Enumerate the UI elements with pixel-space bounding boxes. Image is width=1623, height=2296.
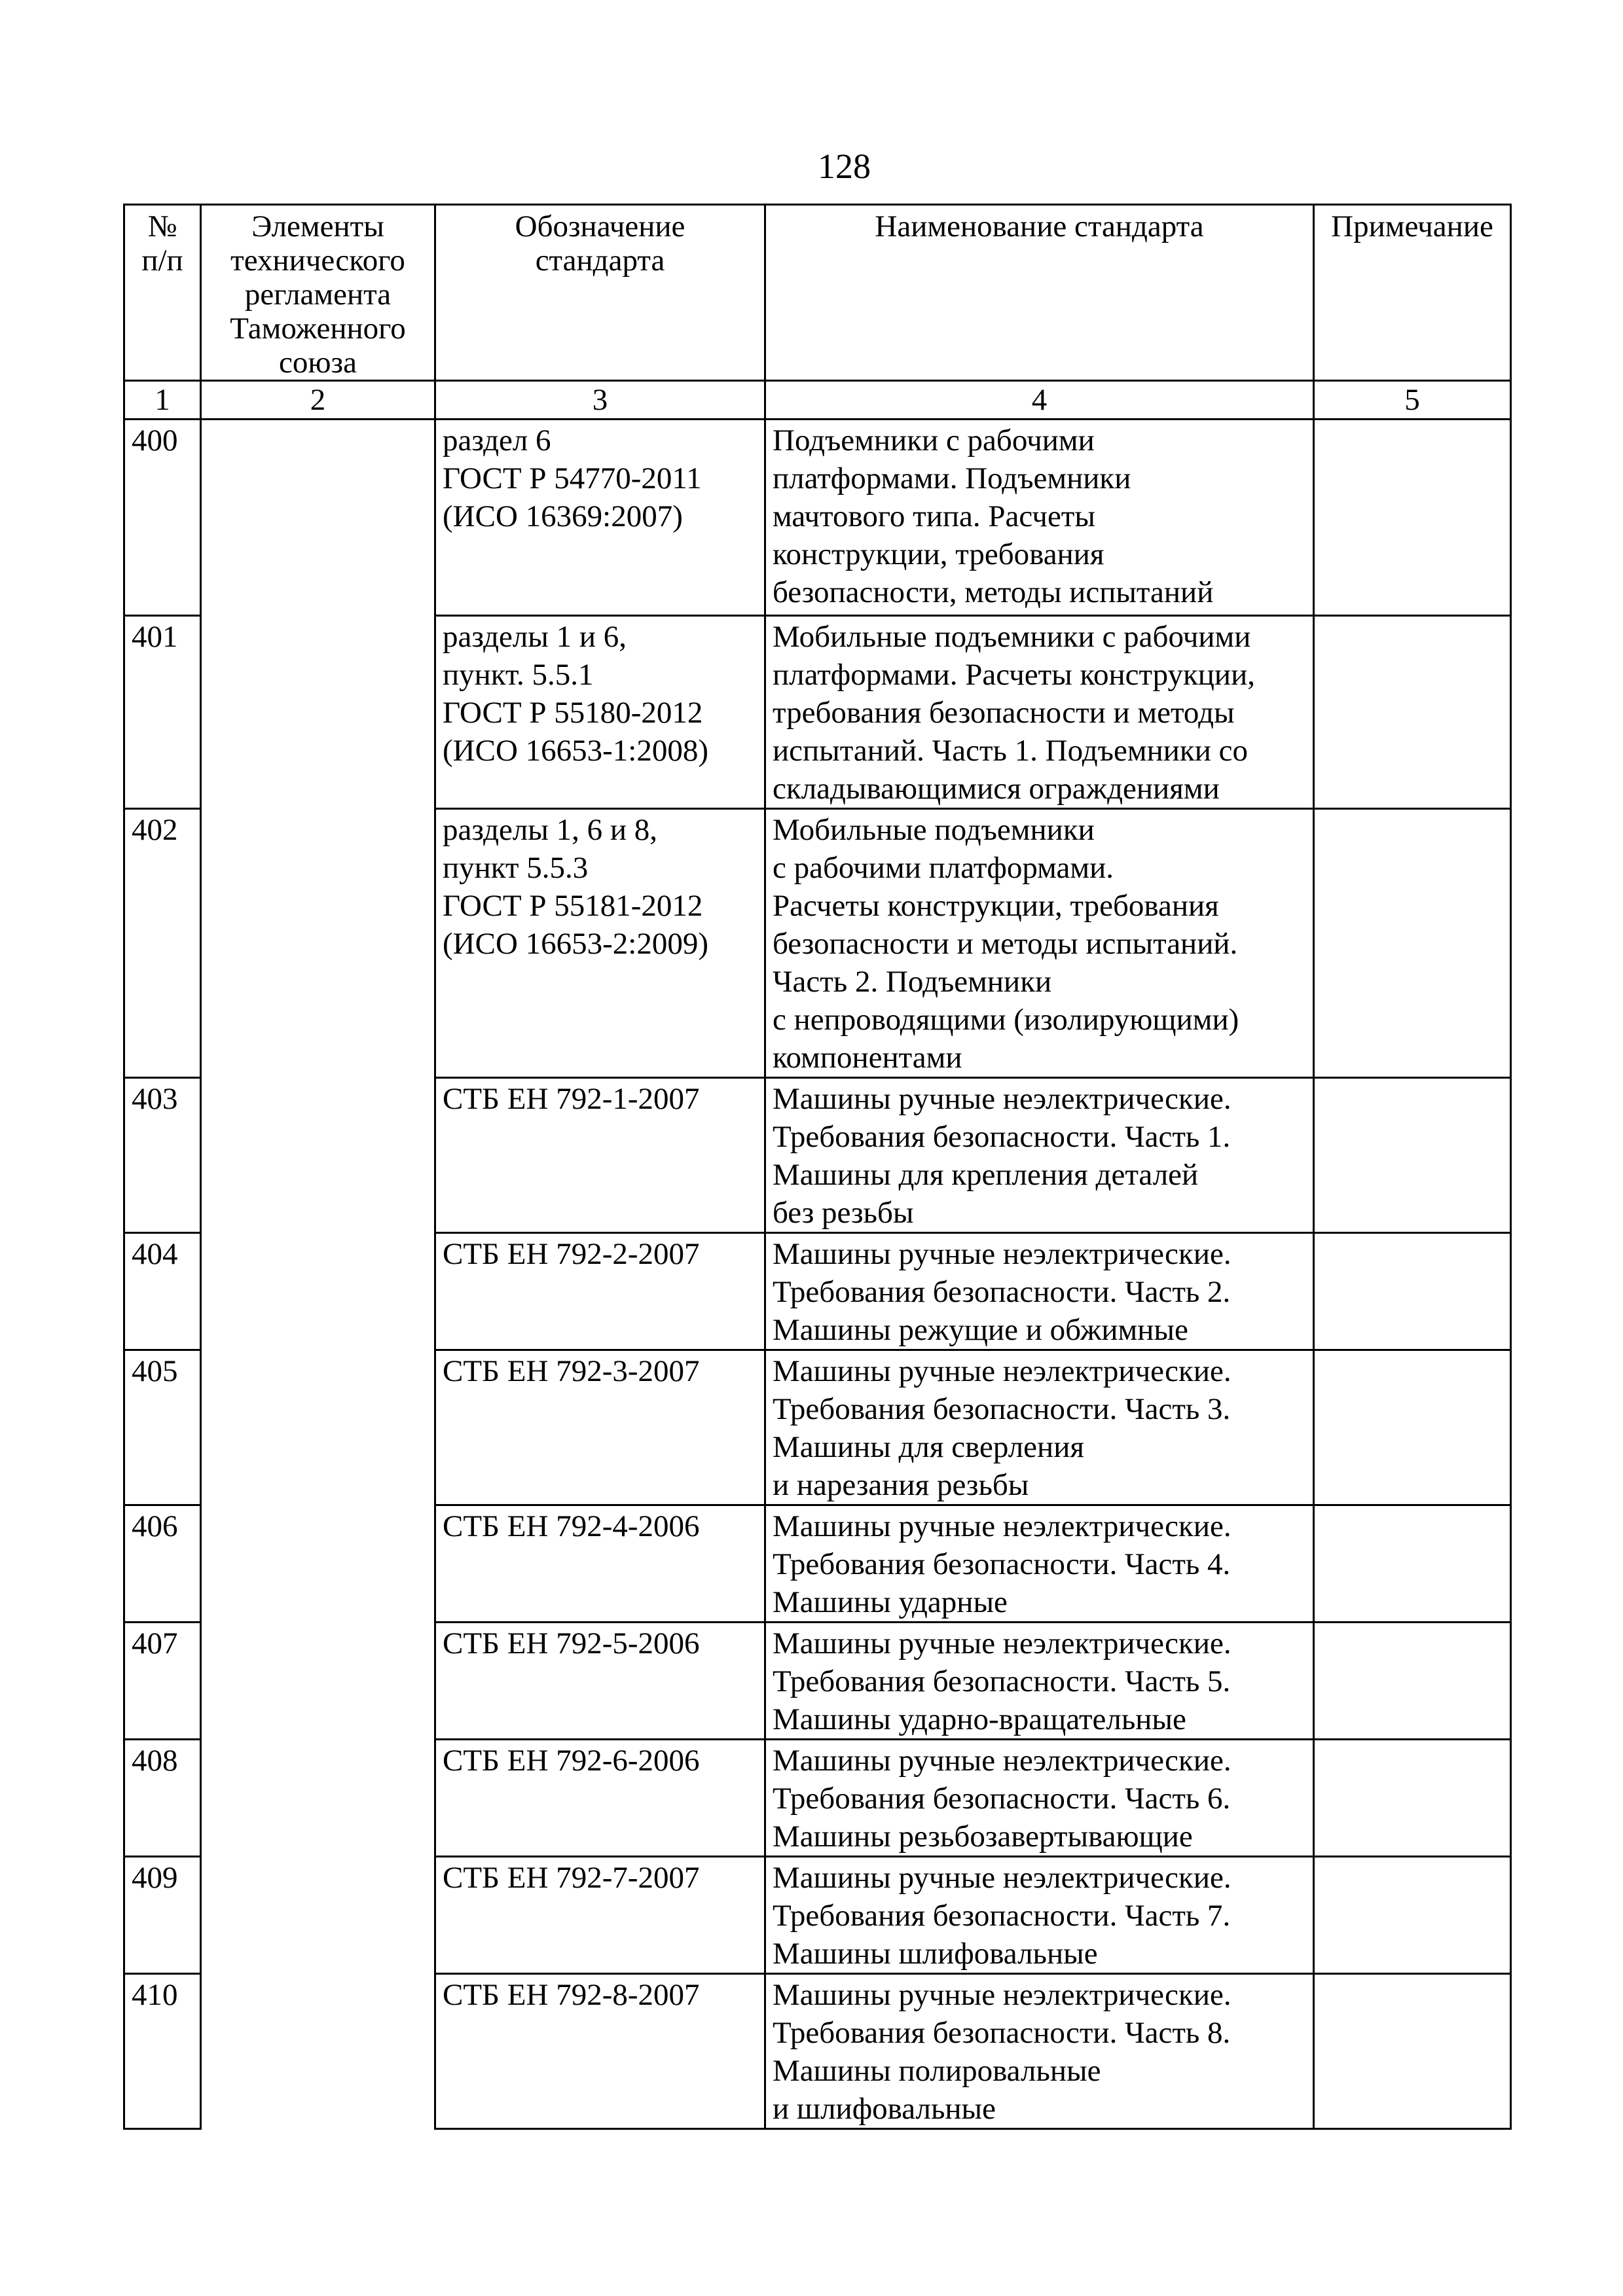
standard-name-line: Требования безопасности. Часть 8. — [773, 2014, 1306, 2052]
standard-name-line: Машины шлифовальные — [773, 1935, 1306, 1973]
header-number: №п/п — [124, 205, 201, 381]
row-number: 406 — [124, 1505, 201, 1623]
designation-line: ГОСТ Р 54770-2011 — [443, 459, 757, 497]
column-index: 4 — [765, 381, 1314, 420]
header-designation: Обозначениестандарта — [435, 205, 765, 381]
standard-name-line: складывающимися ограждениями — [773, 770, 1306, 808]
row-designation: СТБ ЕН 792-7-2007 — [435, 1857, 765, 1974]
table-row: 405СТБ ЕН 792-3-2007Машины ручные неэлек… — [124, 1350, 1511, 1505]
designation-line: СТБ ЕН 792-1-2007 — [443, 1080, 757, 1118]
table-row: 407СТБ ЕН 792-5-2006Машины ручные неэлек… — [124, 1623, 1511, 1740]
standard-name-line: Требования безопасности. Часть 3. — [773, 1390, 1306, 1428]
standard-name-line: конструкции, требования — [773, 535, 1306, 573]
row-standard-name: Мобильные подъемники с рабочимиплатформа… — [765, 616, 1314, 809]
standard-name-line: Машины ручные неэлектрические. — [773, 1976, 1306, 2014]
table-row: 404СТБ ЕН 792-2-2007Машины ручные неэлек… — [124, 1233, 1511, 1350]
row-designation: СТБ ЕН 792-4-2006 — [435, 1505, 765, 1623]
standard-name-line: испытаний. Часть 1. Подъемники со — [773, 732, 1306, 770]
standard-name-line: и шлифовальные — [773, 2090, 1306, 2128]
row-standard-name: Мобильные подъемникис рабочими платформа… — [765, 809, 1314, 1078]
header-line: Наименование стандарта — [773, 209, 1306, 243]
standard-name-line: Машины ручные неэлектрические. — [773, 1742, 1306, 1780]
header-row: №п/п ЭлементытехническогорегламентаТамож… — [124, 205, 1511, 381]
row-element — [201, 1350, 435, 1505]
row-note — [1314, 1857, 1511, 1974]
designation-line: СТБ ЕН 792-2-2007 — [443, 1235, 757, 1273]
designation-line: СТБ ЕН 792-3-2007 — [443, 1352, 757, 1390]
designation-line: СТБ ЕН 792-7-2007 — [443, 1859, 757, 1897]
row-element — [201, 1740, 435, 1857]
standard-name-line: с рабочими платформами. — [773, 849, 1306, 887]
row-standard-name: Машины ручные неэлектрические.Требования… — [765, 1740, 1314, 1857]
row-standard-name: Подъемники с рабочимиплатформами. Подъем… — [765, 420, 1314, 616]
table-row: 409СТБ ЕН 792-7-2007Машины ручные неэлек… — [124, 1857, 1511, 1974]
table-row: 402разделы 1, 6 и 8,пункт 5.5.3ГОСТ Р 55… — [124, 809, 1511, 1078]
standard-name-line: Мобильные подъемники с рабочими — [773, 618, 1306, 656]
standard-name-line: Требования безопасности. Часть 7. — [773, 1897, 1306, 1935]
row-standard-name: Машины ручные неэлектрические.Требования… — [765, 1350, 1314, 1505]
row-designation: СТБ ЕН 792-5-2006 — [435, 1623, 765, 1740]
row-standard-name: Машины ручные неэлектрические.Требования… — [765, 1233, 1314, 1350]
standard-name-line: Расчеты конструкции, требования — [773, 887, 1306, 925]
standard-name-line: Машины полировальные — [773, 2052, 1306, 2090]
row-number: 400 — [124, 420, 201, 616]
row-note — [1314, 1623, 1511, 1740]
table-row: 408СТБ ЕН 792-6-2006Машины ручные неэлек… — [124, 1740, 1511, 1857]
row-note — [1314, 809, 1511, 1078]
designation-line: (ИСО 16653-2:2009) — [443, 925, 757, 963]
standard-name-line: без резьбы — [773, 1194, 1306, 1232]
row-element — [201, 420, 435, 616]
table-row: 400раздел 6ГОСТ Р 54770-2011(ИСО 16369:2… — [124, 420, 1511, 616]
column-index-row: 1 2 3 4 5 — [124, 381, 1511, 420]
designation-line: ГОСТ Р 55180-2012 — [443, 694, 757, 732]
row-note — [1314, 420, 1511, 616]
row-note — [1314, 1974, 1511, 2129]
column-index: 5 — [1314, 381, 1511, 420]
row-designation: СТБ ЕН 792-1-2007 — [435, 1078, 765, 1233]
page-number: 128 — [0, 145, 1623, 187]
standard-name-line: мачтового типа. Расчеты — [773, 497, 1306, 535]
header-line: п/п — [132, 243, 193, 278]
designation-line: пункт 5.5.3 — [443, 849, 757, 887]
standard-name-line: Требования безопасности. Часть 5. — [773, 1662, 1306, 1700]
row-standard-name: Машины ручные неэлектрические.Требования… — [765, 1974, 1314, 2129]
standard-name-line: Машины для крепления деталей — [773, 1156, 1306, 1194]
table-row: 410СТБ ЕН 792-8-2007Машины ручные неэлек… — [124, 1974, 1511, 2129]
row-number: 410 — [124, 1974, 201, 2129]
row-element — [201, 809, 435, 1078]
standard-name-line: Машины для сверления — [773, 1428, 1306, 1466]
row-element — [201, 616, 435, 809]
row-note — [1314, 1505, 1511, 1623]
designation-line: ГОСТ Р 55181-2012 — [443, 887, 757, 925]
row-number: 409 — [124, 1857, 201, 1974]
header-line: Таможенного — [208, 312, 428, 346]
designation-line: разделы 1 и 6, — [443, 618, 757, 656]
designation-line: СТБ ЕН 792-6-2006 — [443, 1742, 757, 1780]
designation-line: СТБ ЕН 792-4-2006 — [443, 1507, 757, 1545]
standard-name-line: Мобильные подъемники — [773, 811, 1306, 849]
row-designation: разделы 1 и 6,пункт. 5.5.1ГОСТ Р 55180-2… — [435, 616, 765, 809]
header-line: Обозначение — [443, 209, 757, 243]
row-standard-name: Машины ручные неэлектрические.Требования… — [765, 1623, 1314, 1740]
header-line: Примечание — [1321, 209, 1503, 243]
standard-name-line: платформами. Расчеты конструкции, — [773, 656, 1306, 694]
row-number: 407 — [124, 1623, 201, 1740]
header-elements: ЭлементытехническогорегламентаТаможенног… — [201, 205, 435, 381]
row-designation: СТБ ЕН 792-2-2007 — [435, 1233, 765, 1350]
header-line: № — [132, 209, 193, 243]
standards-table: №п/п ЭлементытехническогорегламентаТамож… — [123, 204, 1512, 2130]
row-number: 403 — [124, 1078, 201, 1233]
row-note — [1314, 1350, 1511, 1505]
standard-name-line: Подъемники с рабочими — [773, 422, 1306, 459]
row-designation: разделы 1, 6 и 8,пункт 5.5.3ГОСТ Р 55181… — [435, 809, 765, 1078]
standard-name-line: требования безопасности и методы — [773, 694, 1306, 732]
standard-name-line: Машины ударные — [773, 1583, 1306, 1621]
row-standard-name: Машины ручные неэлектрические.Требования… — [765, 1505, 1314, 1623]
standard-name-line: безопасности, методы испытаний — [773, 573, 1306, 611]
standard-name-line: Требования безопасности. Часть 1. — [773, 1118, 1306, 1156]
row-note — [1314, 1078, 1511, 1233]
designation-line: (ИСО 16369:2007) — [443, 497, 757, 535]
standard-name-line: Требования безопасности. Часть 6. — [773, 1780, 1306, 1818]
table-row: 406СТБ ЕН 792-4-2006Машины ручные неэлек… — [124, 1505, 1511, 1623]
row-note — [1314, 1233, 1511, 1350]
row-number: 405 — [124, 1350, 201, 1505]
row-element — [201, 1974, 435, 2129]
row-note — [1314, 1740, 1511, 1857]
standard-name-line: Часть 2. Подъемники — [773, 963, 1306, 1001]
row-element — [201, 1505, 435, 1623]
standard-name-line: Требования безопасности. Часть 2. — [773, 1273, 1306, 1311]
header-line: стандарта — [443, 243, 757, 278]
row-designation: СТБ ЕН 792-3-2007 — [435, 1350, 765, 1505]
table-body: 400раздел 6ГОСТ Р 54770-2011(ИСО 16369:2… — [124, 420, 1511, 2129]
header-name: Наименование стандарта — [765, 205, 1314, 381]
standard-name-line: Требования безопасности. Часть 4. — [773, 1545, 1306, 1583]
column-index: 3 — [435, 381, 765, 420]
standard-name-line: Машины режущие и обжимные — [773, 1311, 1306, 1349]
row-designation: раздел 6ГОСТ Р 54770-2011(ИСО 16369:2007… — [435, 420, 765, 616]
row-designation: СТБ ЕН 792-6-2006 — [435, 1740, 765, 1857]
standard-name-line: компонентами — [773, 1039, 1306, 1077]
row-note — [1314, 616, 1511, 809]
column-index: 2 — [201, 381, 435, 420]
header-line: регламента — [208, 278, 428, 312]
row-element — [201, 1078, 435, 1233]
table-row: 401разделы 1 и 6,пункт. 5.5.1ГОСТ Р 5518… — [124, 616, 1511, 809]
standard-name-line: Машины ручные неэлектрические. — [773, 1507, 1306, 1545]
row-number: 401 — [124, 616, 201, 809]
standard-name-line: безопасности и методы испытаний. — [773, 925, 1306, 963]
row-number: 404 — [124, 1233, 201, 1350]
row-number: 408 — [124, 1740, 201, 1857]
row-number: 402 — [124, 809, 201, 1078]
row-standard-name: Машины ручные неэлектрические.Требования… — [765, 1078, 1314, 1233]
standard-name-line: Машины резьбозавертывающие — [773, 1818, 1306, 1856]
header-line: технического — [208, 243, 428, 278]
row-element — [201, 1857, 435, 1974]
row-element — [201, 1623, 435, 1740]
column-index: 1 — [124, 381, 201, 420]
standard-name-line: платформами. Подъемники — [773, 459, 1306, 497]
standard-name-line: Машины ручные неэлектрические. — [773, 1352, 1306, 1390]
row-standard-name: Машины ручные неэлектрические.Требования… — [765, 1857, 1314, 1974]
header-note: Примечание — [1314, 205, 1511, 381]
row-designation: СТБ ЕН 792-8-2007 — [435, 1974, 765, 2129]
standard-name-line: Машины ручные неэлектрические. — [773, 1624, 1306, 1662]
standard-name-line: с непроводящими (изолирующими) — [773, 1001, 1306, 1039]
standard-name-line: Машины ручные неэлектрические. — [773, 1859, 1306, 1897]
designation-line: СТБ ЕН 792-5-2006 — [443, 1624, 757, 1662]
standard-name-line: и нарезания резьбы — [773, 1466, 1306, 1504]
designation-line: (ИСО 16653-1:2008) — [443, 732, 757, 770]
header-line: союза — [208, 346, 428, 380]
table-row: 403СТБ ЕН 792-1-2007Машины ручные неэлек… — [124, 1078, 1511, 1233]
designation-line: разделы 1, 6 и 8, — [443, 811, 757, 849]
standard-name-line: Машины ручные неэлектрические. — [773, 1080, 1306, 1118]
designation-line: раздел 6 — [443, 422, 757, 459]
designation-line: СТБ ЕН 792-8-2007 — [443, 1976, 757, 2014]
standard-name-line: Машины ручные неэлектрические. — [773, 1235, 1306, 1273]
designation-line: пункт. 5.5.1 — [443, 656, 757, 694]
row-element — [201, 1233, 435, 1350]
header-line: Элементы — [208, 209, 428, 243]
standard-name-line: Машины ударно-вращательные — [773, 1700, 1306, 1738]
